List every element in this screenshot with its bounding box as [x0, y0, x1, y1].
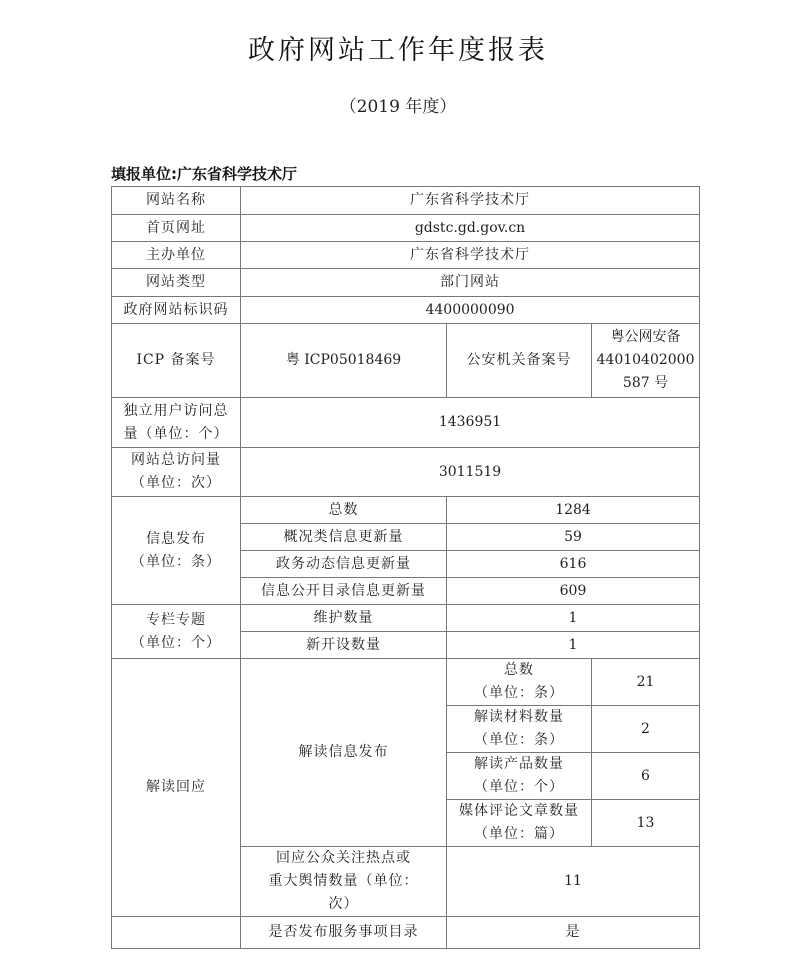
label-info-news: 政务动态信息更新量	[241, 551, 447, 578]
label-service-catalog: 是否发布服务事项目录	[241, 917, 447, 949]
row-info-total: 信息发布 （单位：条） 总数 1284	[112, 497, 700, 524]
value-info-total: 1284	[447, 497, 700, 524]
report-table: 网站名称 广东省科学技术厅 首页网址 gdstc.gd.gov.cn 主办单位 …	[111, 186, 700, 949]
row-unique-visitors: 独立用户访问总 量（单位：个） 1436951	[112, 398, 700, 448]
value-info-news: 616	[447, 551, 700, 578]
label-site-code: 政府网站标识码	[112, 297, 241, 324]
label-info-disclosure: 信息公开目录信息更新量	[241, 578, 447, 605]
value-interp-products: 6	[592, 753, 700, 800]
value-unique-visitors: 1436951	[241, 398, 700, 448]
label-interp-media: 媒体评论文章数量 （单位：篇）	[447, 800, 592, 847]
label-total-visits: 网站总访问量 （单位：次）	[112, 448, 241, 497]
value-interp-response: 11	[447, 847, 700, 917]
label-site-type: 网站类型	[112, 269, 241, 297]
label-info-overview: 概况类信息更新量	[241, 524, 447, 551]
value-interp-total: 21	[592, 659, 700, 706]
label-icp: ICP 备案号	[112, 324, 241, 398]
value-icp: 粤 ICP05018469	[241, 324, 447, 398]
value-police-record: 粤公网安备 44010402000 587 号	[592, 324, 700, 398]
value-columns-maintained: 1	[447, 605, 700, 632]
value-columns-new: 1	[447, 632, 700, 659]
value-site-code: 4400000090	[241, 297, 700, 324]
page-title: 政府网站工作年度报表	[0, 28, 796, 67]
label-homepage: 首页网址	[112, 215, 241, 242]
label-info-total: 总数	[241, 497, 447, 524]
label-interp-response: 回应公众关注热点或 重大舆情数量（单位： 次）	[241, 847, 447, 917]
label-site-name: 网站名称	[112, 187, 241, 215]
value-site-type: 部门网站	[241, 269, 700, 297]
value-homepage: gdstc.gd.gov.cn	[241, 215, 700, 242]
filing-unit: 填报单位:广东省科学技术厅	[111, 163, 297, 184]
row-total-visits: 网站总访问量 （单位：次） 3011519	[112, 448, 700, 497]
label-columns: 专栏专题 （单位：个）	[112, 605, 241, 659]
label-sponsor: 主办单位	[112, 242, 241, 269]
label-info-publish: 信息发布 （单位：条）	[112, 497, 241, 605]
label-interp-products: 解读产品数量 （单位：个）	[447, 753, 592, 800]
label-interp-total: 总数 （单位：条）	[447, 659, 592, 706]
value-interp-materials: 2	[592, 706, 700, 753]
label-unique-visitors: 独立用户访问总 量（单位：个）	[112, 398, 241, 448]
row-homepage: 首页网址 gdstc.gd.gov.cn	[112, 215, 700, 242]
value-total-visits: 3011519	[241, 448, 700, 497]
label-police-record: 公安机关备案号	[447, 324, 592, 398]
row-icp: ICP 备案号 粤 ICP05018469 公安机关备案号 粤公网安备 4401…	[112, 324, 700, 398]
value-interp-media: 13	[592, 800, 700, 847]
row-columns-maintained: 专栏专题 （单位：个） 维护数量 1	[112, 605, 700, 632]
row-sponsor: 主办单位 广东省科学技术厅	[112, 242, 700, 269]
row-site-type: 网站类型 部门网站	[112, 269, 700, 297]
row-site-name: 网站名称 广东省科学技术厅	[112, 187, 700, 215]
label-interp-publish: 解读信息发布	[241, 659, 447, 847]
label-interp-materials: 解读材料数量 （单位：条）	[447, 706, 592, 753]
value-info-disclosure: 609	[447, 578, 700, 605]
label-interpretation: 解读回应	[112, 659, 241, 917]
label-columns-new: 新开设数量	[241, 632, 447, 659]
value-service-catalog: 是	[447, 917, 700, 949]
value-info-overview: 59	[447, 524, 700, 551]
value-site-name: 广东省科学技术厅	[241, 187, 700, 215]
row-site-code: 政府网站标识码 4400000090	[112, 297, 700, 324]
label-columns-maintained: 维护数量	[241, 605, 447, 632]
row-service-catalog: 是否发布服务事项目录 是	[112, 917, 700, 949]
row-interp-total: 解读回应 解读信息发布 总数 （单位：条） 21	[112, 659, 700, 706]
report-year: （2019 年度）	[0, 92, 796, 117]
value-sponsor: 广东省科学技术厅	[241, 242, 700, 269]
empty-cell	[112, 917, 241, 949]
